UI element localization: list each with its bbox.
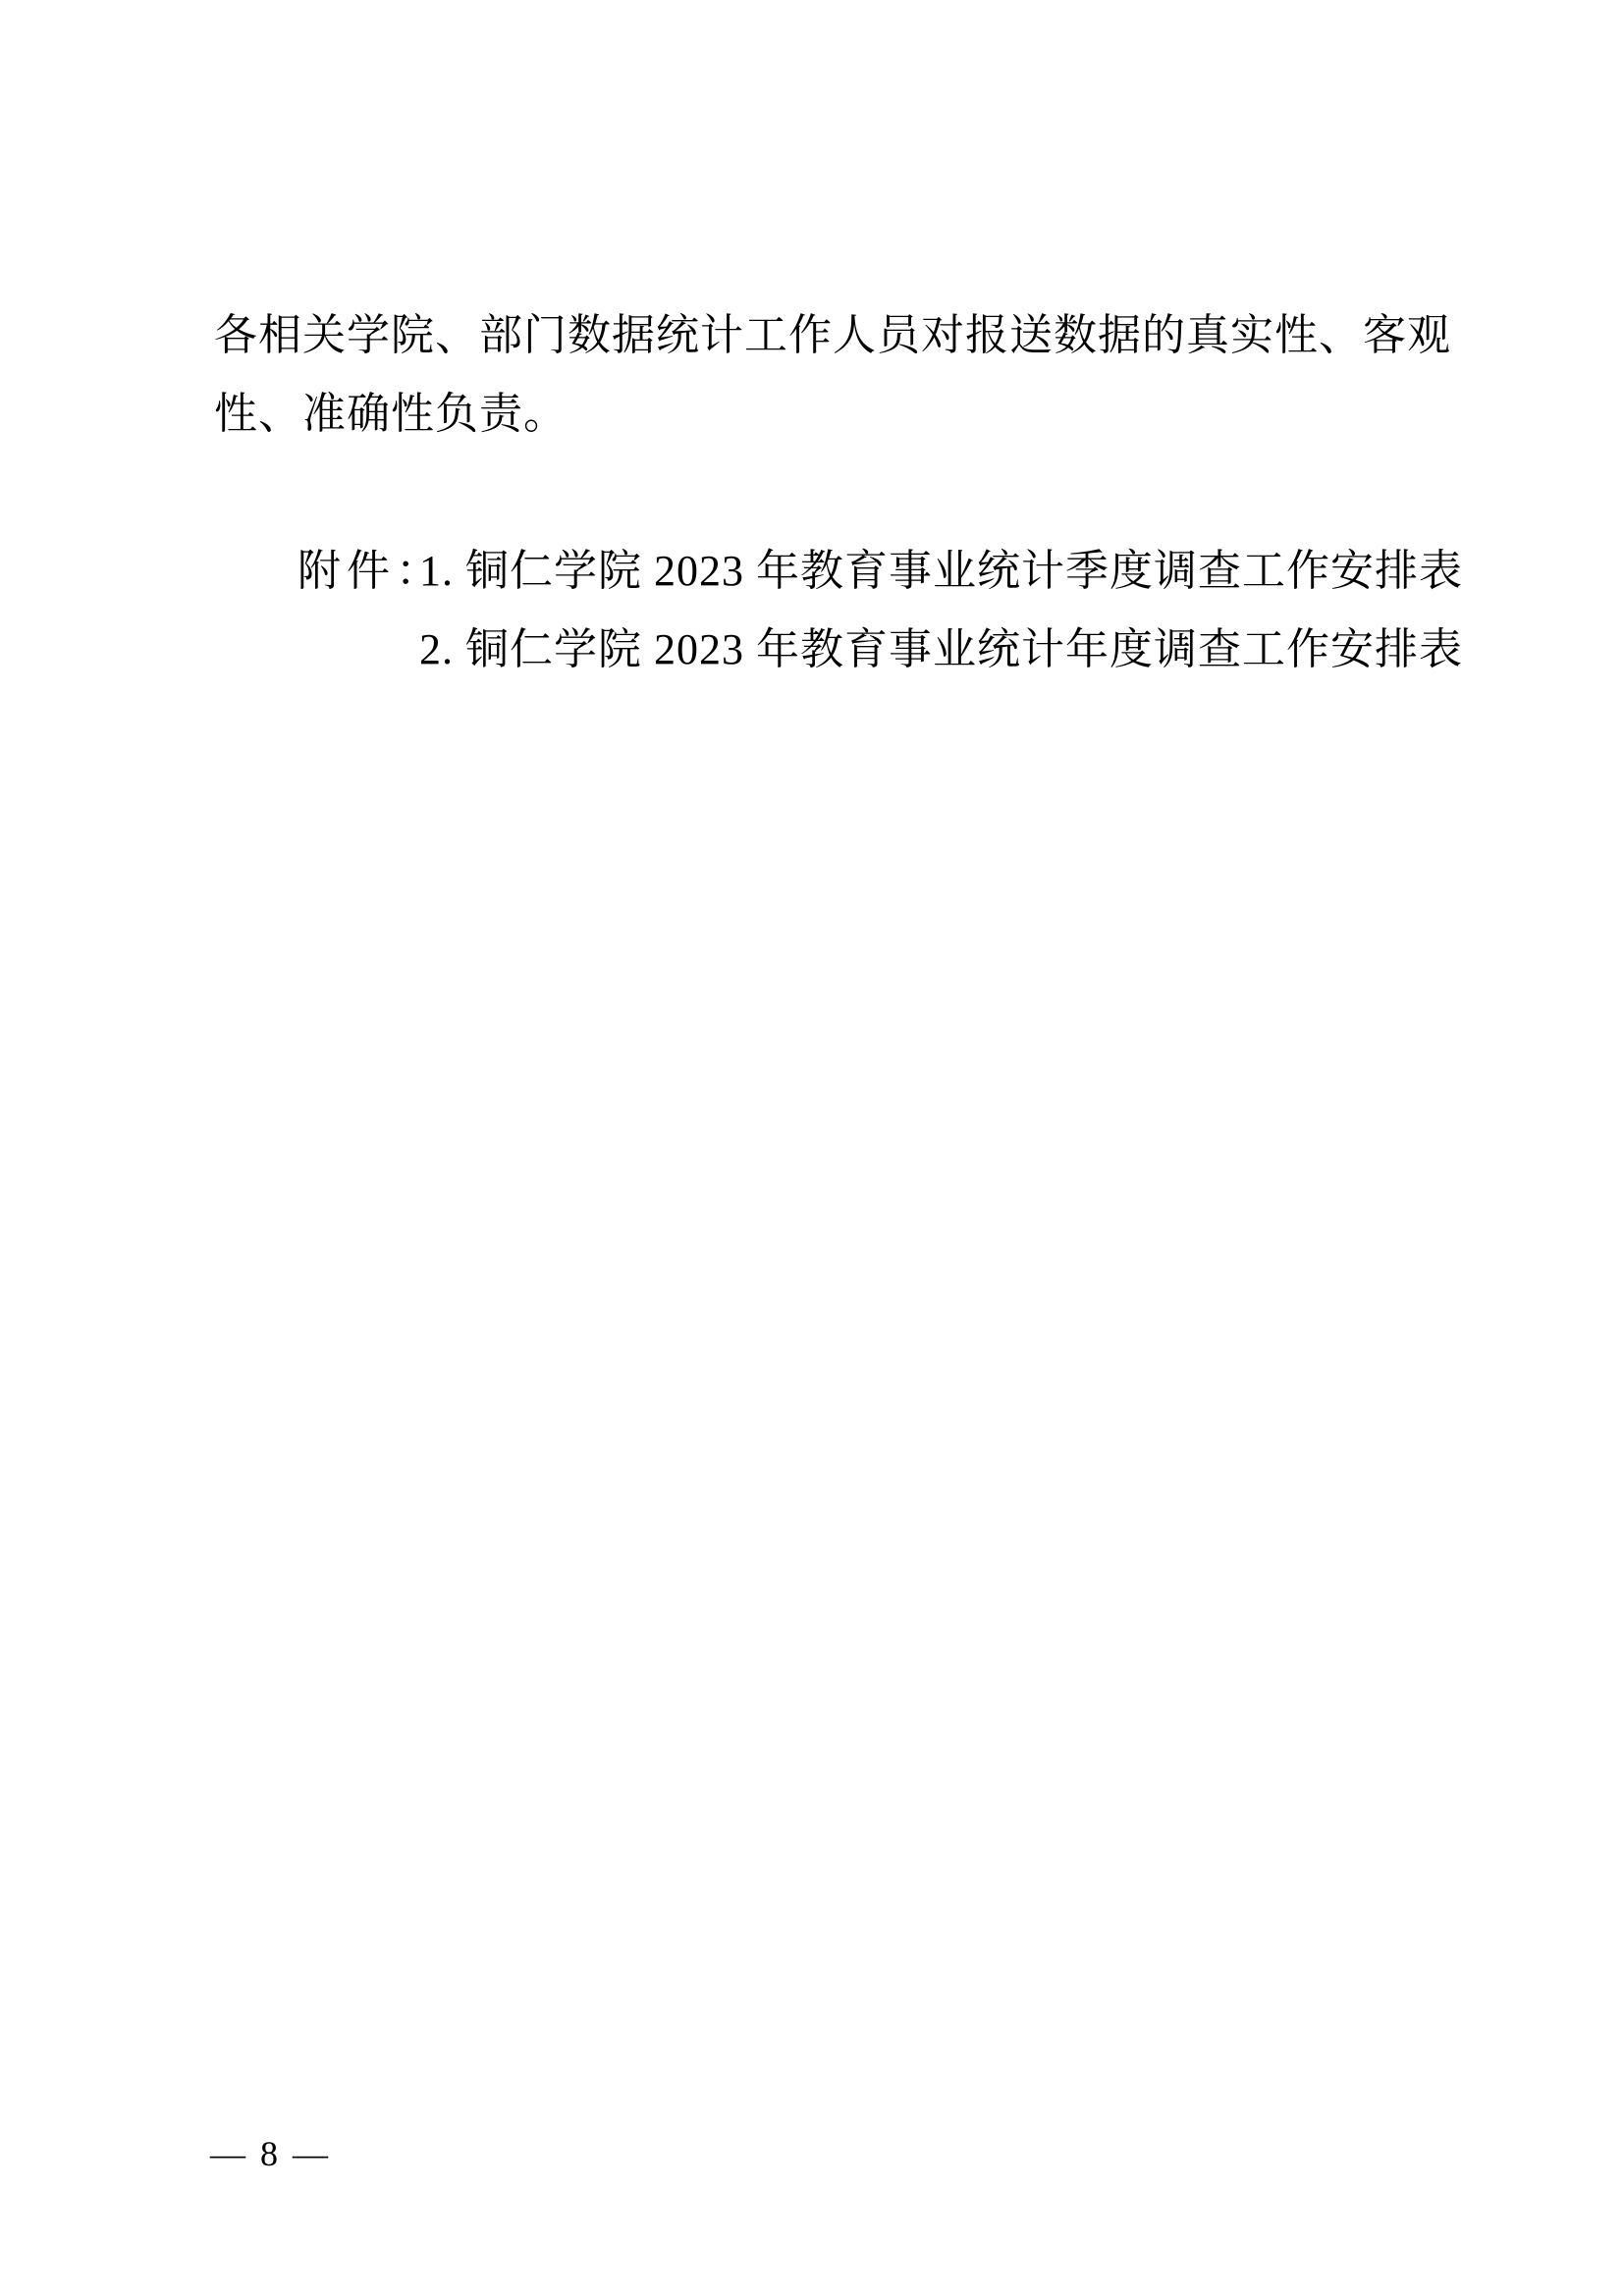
attachment-item-1: 1. 铜仁学院 2023 年教育事业统计季度调查工作安排表 bbox=[419, 548, 1463, 595]
document-page: 各相关学院、部门数据统计工作人员对报送数据的真实性、客观 性、准确性负责。 附件… bbox=[0, 0, 1624, 2296]
page-number: — 8 — bbox=[210, 2132, 331, 2175]
attachment-item-2: 2. 铜仁学院 2023 年教育事业统计年度调查工作安排表 bbox=[419, 626, 1463, 673]
paragraph-line-1: 各相关学院、部门数据统计工作人员对报送数据的真实性、客观 bbox=[214, 312, 1451, 359]
paragraph-line-2: 性、准确性负责。 bbox=[214, 391, 568, 438]
attachment-row-1: 附件： 1. 铜仁学院 2023 年教育事业统计季度调查工作安排表 bbox=[0, 548, 1624, 595]
attachment-row-2: 2. 铜仁学院 2023 年教育事业统计年度调查工作安排表 bbox=[0, 626, 1624, 673]
